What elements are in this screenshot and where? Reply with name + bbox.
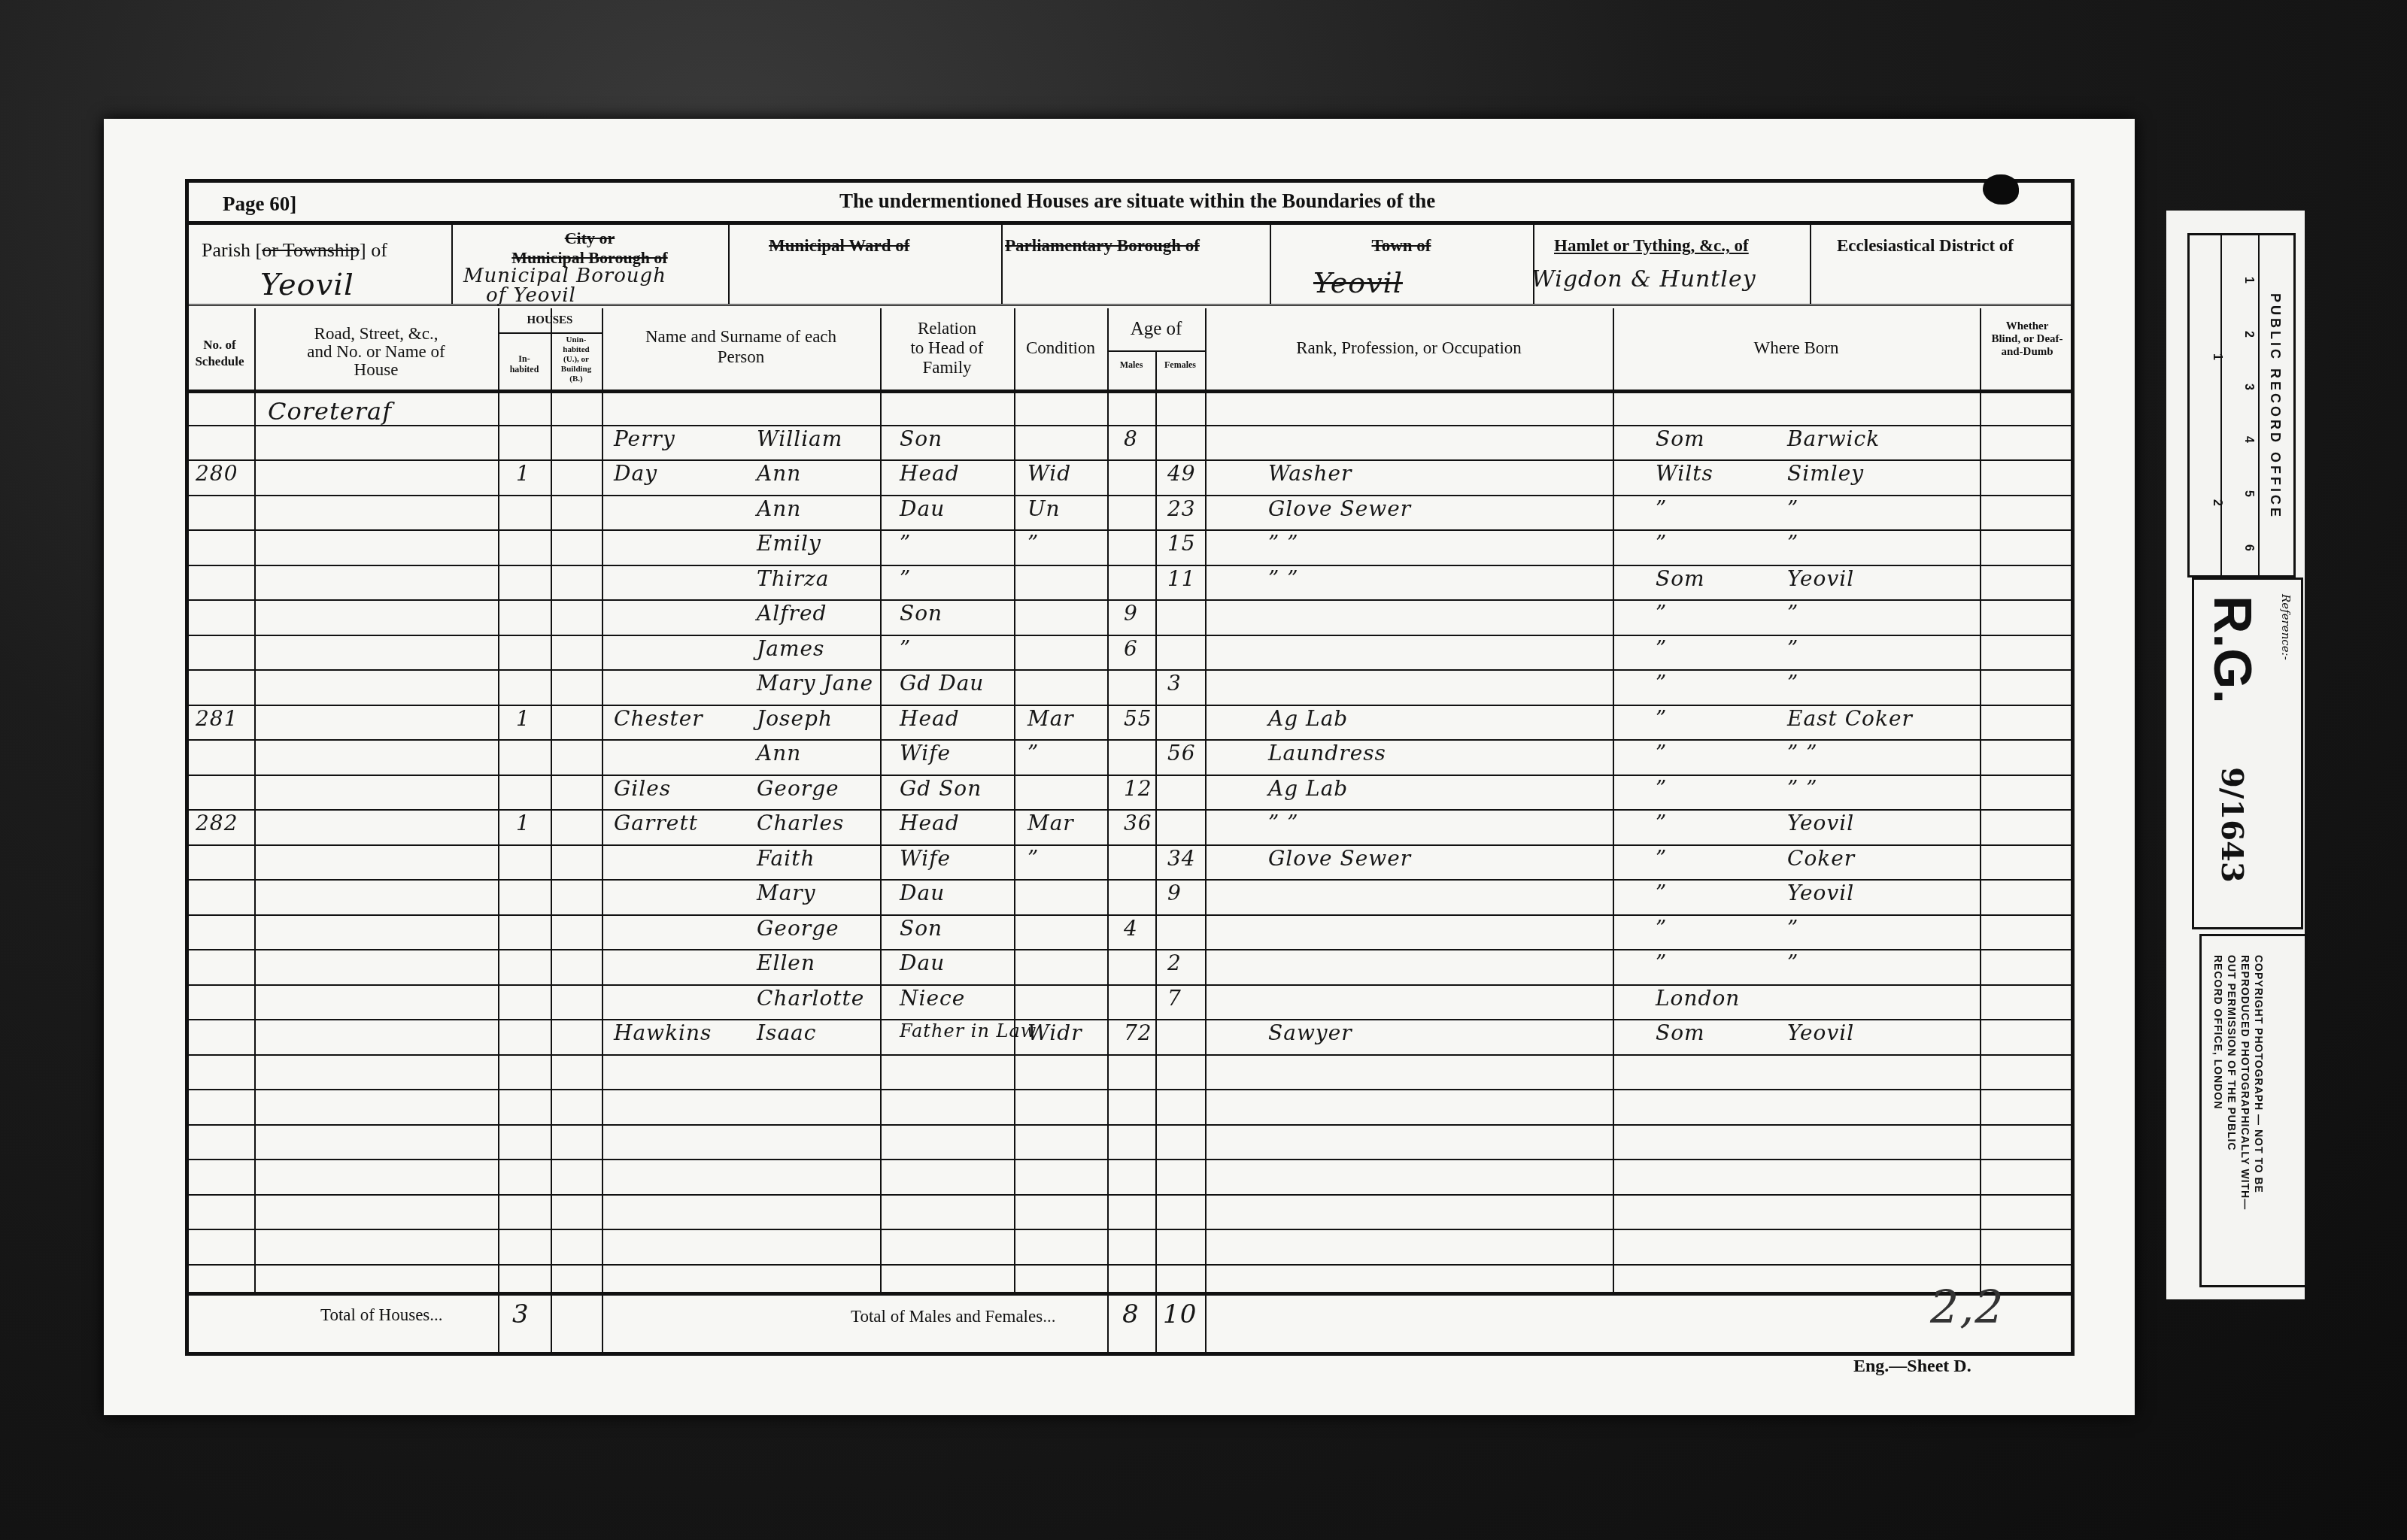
born-county: London: [1656, 986, 1740, 1011]
relation: ”: [900, 531, 911, 556]
row-line: [185, 1089, 2075, 1090]
relation: Gd Son: [900, 776, 982, 801]
row-line: [185, 1054, 2075, 1056]
occupation: Washer: [1268, 461, 1352, 486]
condition: Mar: [1027, 811, 1074, 835]
born-place: ”: [1787, 601, 1798, 626]
col-females: Females: [1155, 359, 1205, 370]
forename: James: [757, 636, 824, 661]
occupation: Ag Lab: [1268, 706, 1348, 731]
forename: Ellen: [757, 950, 815, 975]
total-houses-value: 3: [512, 1299, 530, 1329]
col-where-born: Where Born: [1613, 338, 1980, 358]
reference-strip: PUBLIC RECORD OFFICE 1 2 3 4 5 6 1 2 Ref…: [2166, 211, 2305, 1299]
form-right-edge: [2071, 1292, 2075, 1354]
tally-mark: 2,2: [1930, 1281, 2004, 1334]
scale-in-1: 1: [2210, 353, 2223, 360]
born-county: ”: [1656, 601, 1667, 626]
schedule-number: 282: [196, 811, 238, 835]
born-place: ”: [1787, 636, 1798, 661]
parish-label: Parish [or Township] of: [202, 239, 387, 262]
forename: George: [757, 776, 839, 801]
col-age: Age of: [1107, 319, 1205, 340]
born-county: ”: [1656, 916, 1667, 941]
forename: Alfred: [757, 601, 827, 626]
born-place: East Coker: [1787, 706, 1913, 731]
born-county: ”: [1656, 741, 1667, 765]
boundary-divider: [185, 304, 2075, 308]
female-age: 11: [1167, 566, 1196, 591]
town-value: Yeovil: [1313, 266, 1403, 299]
male-age: 6: [1124, 636, 1138, 661]
born-place: ”: [1787, 671, 1798, 696]
ruler-scale: [2220, 233, 2260, 577]
born-county: ”: [1656, 811, 1667, 835]
born-county: ”: [1656, 496, 1667, 521]
relation: Father in Law: [900, 1020, 1037, 1041]
surname: Garrett: [614, 811, 698, 835]
male-age: 36: [1124, 811, 1152, 835]
city-label: City or: [451, 229, 728, 248]
forename: George: [757, 916, 839, 941]
condition: Widr: [1027, 1020, 1082, 1045]
born-county: Som: [1656, 566, 1705, 591]
relation: Head: [900, 811, 960, 835]
relation: Son: [900, 916, 942, 941]
page-title: The undermentioned Houses are situate wi…: [839, 189, 1435, 213]
born-place: ” ”: [1787, 776, 1818, 801]
forename: Charlotte: [757, 986, 864, 1011]
row-line: [185, 1124, 2075, 1126]
born-county: ”: [1656, 531, 1667, 556]
born-county: ”: [1656, 671, 1667, 696]
hamlet-label: Hamlet or Tything, &c., of: [1554, 236, 1749, 256]
parliamentary-borough-label: Parliamentary Borough of: [1005, 236, 1200, 256]
inhabited-count: 1: [516, 461, 530, 486]
houses-subdivider: [499, 332, 602, 334]
born-county: Wilts: [1656, 461, 1713, 486]
age-subdivider: [1109, 350, 1205, 352]
form-left-edge: [185, 1292, 189, 1354]
female-age: 23: [1167, 496, 1196, 521]
born-place: Yeovil: [1787, 566, 1854, 591]
born-county: Som: [1656, 426, 1705, 451]
born-place: ”: [1787, 916, 1798, 941]
col-name: Name and Surname of eachPerson: [602, 326, 880, 367]
office-label: PUBLIC RECORD OFFICE: [2267, 293, 2283, 520]
relation: Dau: [900, 950, 945, 975]
total-houses-label: Total of Houses...: [320, 1305, 443, 1325]
scale-cm-6: 6: [2242, 544, 2255, 551]
male-age: 72: [1124, 1020, 1152, 1045]
divider: [1001, 223, 1003, 304]
row-line: [185, 1159, 2075, 1160]
schedule-number: 280: [196, 461, 238, 486]
header-divider: [185, 390, 2075, 393]
scale-cm-1: 1: [2242, 277, 2255, 283]
municipal-ward-label: Municipal Ward of: [769, 236, 909, 256]
relation: ”: [900, 636, 911, 661]
ecclesiastical-district-label: Ecclesiastical District of: [1837, 236, 2014, 256]
relation: ”: [900, 566, 911, 591]
col-condition: Condition: [1014, 338, 1107, 358]
male-age: 8: [1124, 426, 1138, 451]
inhabited-count: 1: [516, 811, 530, 835]
female-age: 15: [1167, 531, 1196, 556]
born-place: Simley: [1787, 461, 1864, 486]
surname: Chester: [614, 706, 703, 731]
divider: [1270, 223, 1271, 304]
born-place: Coker: [1787, 846, 1855, 871]
born-place: ”: [1787, 531, 1798, 556]
col-divider: [880, 308, 882, 1292]
census-form: Page 60] The undermentioned Houses are s…: [185, 179, 2075, 1352]
row-line: [185, 1194, 2075, 1196]
born-place: Yeovil: [1787, 881, 1854, 905]
col-road: Road, Street, &c.,and No. or Name ofHous…: [254, 325, 498, 379]
forename: William: [757, 426, 842, 451]
surname: Hawkins: [614, 1020, 712, 1045]
born-place: Yeovil: [1787, 811, 1854, 835]
born-place: ”: [1787, 496, 1798, 521]
occupation: ” ”: [1268, 531, 1299, 556]
born-place: Yeovil: [1787, 1020, 1854, 1045]
row-line: [185, 1264, 2075, 1266]
female-age: 56: [1167, 741, 1196, 765]
forename: Mary Jane: [757, 671, 873, 696]
col-uninhabited: Unin-habited(U.), orBuilding(B.): [551, 335, 602, 384]
census-page: Page 60] The undermentioned Houses are s…: [104, 119, 2135, 1415]
surname: Day: [614, 461, 657, 486]
occupation: ” ”: [1268, 811, 1299, 835]
forename: Isaac: [757, 1020, 817, 1045]
female-age: 3: [1167, 671, 1182, 696]
title-divider: [185, 221, 2075, 225]
condition: ”: [1027, 846, 1039, 871]
reference-label: Reference:-: [2279, 594, 2293, 660]
condition: ”: [1027, 741, 1039, 765]
page-number: Page 60]: [223, 192, 296, 216]
col-schedule: No. ofSchedule: [185, 337, 254, 370]
female-age: 9: [1167, 881, 1182, 905]
relation: Head: [900, 461, 960, 486]
col-inhabited: In-habited: [498, 353, 551, 374]
relation: Head: [900, 706, 960, 731]
reference-piece: 9/1643: [2214, 767, 2250, 883]
forename: Charles: [757, 811, 844, 835]
scale-cm-5: 5: [2242, 490, 2255, 497]
female-age: 7: [1167, 986, 1182, 1011]
col-occupation: Rank, Profession, or Occupation: [1205, 338, 1613, 358]
total-females-value: 10: [1163, 1299, 1197, 1329]
female-age: 2: [1167, 950, 1182, 975]
occupation: Sawyer: [1268, 1020, 1352, 1045]
row-line: [185, 1229, 2075, 1230]
col-houses: HOUSES: [498, 314, 602, 327]
born-county: ”: [1656, 881, 1667, 905]
relation: Son: [900, 601, 942, 626]
male-age: 55: [1124, 706, 1152, 731]
born-county: ”: [1656, 950, 1667, 975]
forename: Mary: [757, 881, 816, 905]
relation: Gd Dau: [900, 671, 984, 696]
inhabited-count: 1: [516, 706, 530, 731]
born-county: Som: [1656, 1020, 1705, 1045]
relation: Wife: [900, 741, 951, 765]
condition: Mar: [1027, 706, 1074, 731]
occupation: Ag Lab: [1268, 776, 1348, 801]
totals-divider: [185, 1292, 2075, 1296]
born-county: ”: [1656, 706, 1667, 731]
schedule-number: 281: [196, 706, 238, 731]
occupation: ” ”: [1268, 566, 1299, 591]
relation: Son: [900, 426, 942, 451]
forename: Thirza: [757, 566, 830, 591]
condition: Wid: [1027, 461, 1071, 486]
born-county: ”: [1656, 636, 1667, 661]
form-bottom: [185, 1352, 2075, 1356]
forename: Ann: [757, 496, 801, 521]
relation: Niece: [900, 986, 965, 1011]
col-divider: [1980, 308, 1981, 1292]
scale-cm-4: 4: [2242, 436, 2255, 443]
male-age: 12: [1124, 776, 1152, 801]
female-age: 49: [1167, 461, 1196, 486]
col-divider: [1155, 350, 1157, 1352]
occupation: Glove Sewer: [1268, 496, 1411, 521]
col-divider: [1613, 308, 1614, 1292]
total-males-value: 8: [1122, 1299, 1140, 1329]
condition: ”: [1027, 531, 1039, 556]
forename: Ann: [757, 461, 801, 486]
occupation: Glove Sewer: [1268, 846, 1411, 871]
surname: Perry: [614, 426, 675, 451]
born-place: ” ”: [1787, 741, 1818, 765]
relation: Wife: [900, 846, 951, 871]
town-label: Town of: [1270, 236, 1533, 256]
surname: Giles: [614, 776, 671, 801]
condition: Un: [1027, 496, 1061, 521]
forename: Ann: [757, 741, 801, 765]
occupation: Laundress: [1268, 741, 1386, 765]
hamlet-value: Wigdon & Huntley: [1531, 266, 1756, 293]
street-name: Coreteraf: [268, 397, 392, 426]
born-county: ”: [1656, 846, 1667, 871]
male-age: 4: [1124, 916, 1138, 941]
scale-cm-3: 3: [2242, 383, 2255, 390]
born-place: Barwick: [1787, 426, 1880, 451]
male-age: 9: [1124, 601, 1138, 626]
forename: Emily: [757, 531, 821, 556]
total-persons-label: Total of Males and Females...: [851, 1307, 1055, 1326]
forename: Faith: [757, 846, 815, 871]
col-blind: WhetherBlind, or Deaf-and-Dumb: [1980, 320, 2075, 359]
col-relation: Relationto Head ofFamily: [880, 319, 1014, 377]
relation: Dau: [900, 496, 945, 521]
reference-series: R.G.: [2202, 596, 2263, 704]
sheet-label: Eng.—Sheet D.: [1853, 1357, 1971, 1377]
scale-cm-2: 2: [2242, 331, 2255, 338]
col-divider: [254, 308, 256, 1292]
forename: Joseph: [757, 706, 833, 731]
relation: Dau: [900, 881, 945, 905]
copyright-notice: COPYRIGHT PHOTOGRAPH — NOT TO BEREPRODUC…: [2211, 955, 2266, 1210]
ink-blot: [1983, 174, 2019, 205]
parish-value: Yeovil: [260, 268, 354, 302]
divider: [728, 223, 730, 304]
female-age: 34: [1167, 846, 1196, 871]
col-males: Males: [1107, 359, 1155, 370]
row-line: [185, 984, 2075, 986]
scale-in-2: 2: [2210, 499, 2223, 506]
born-county: ”: [1656, 776, 1667, 801]
divider: [1810, 223, 1811, 304]
col-divider: [1014, 308, 1015, 1292]
born-place: ”: [1787, 950, 1798, 975]
